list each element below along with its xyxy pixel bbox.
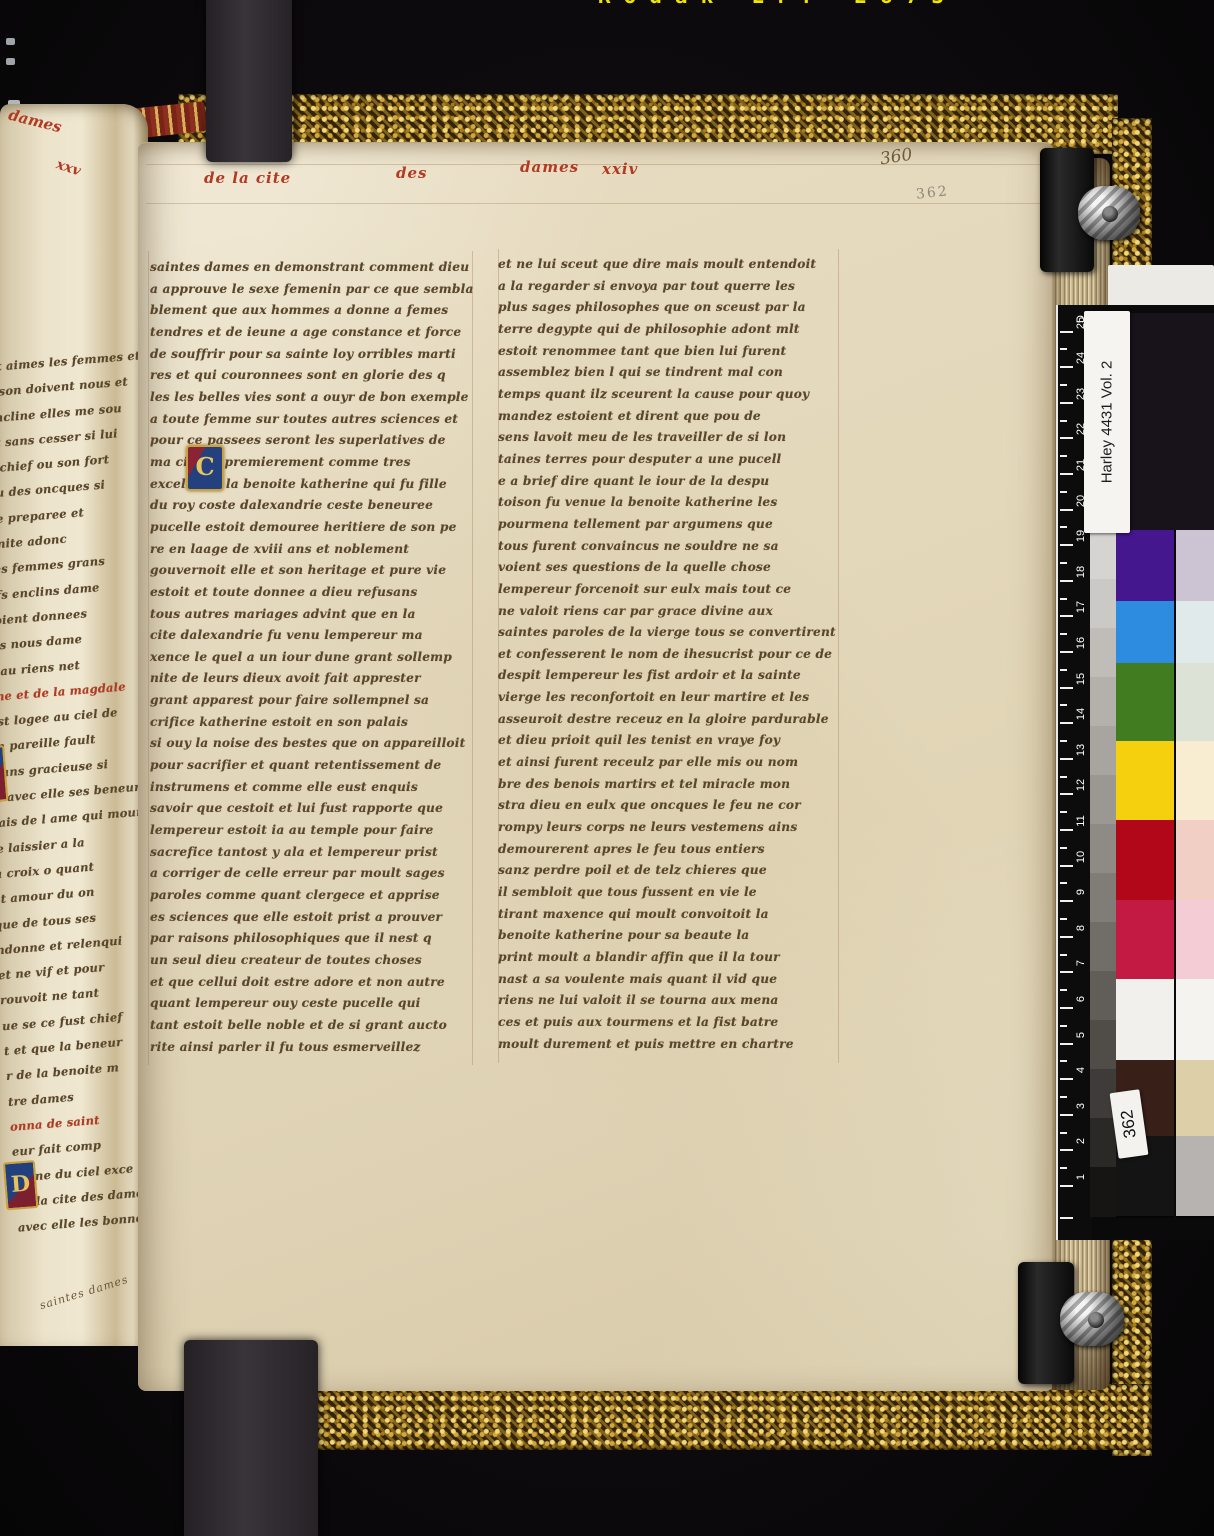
ruler-tick <box>1060 331 1073 333</box>
folio-number-pencil: 362 <box>915 183 949 202</box>
manuscript-text-line: assemblez bien l qui se tindrent mal con <box>498 362 838 384</box>
manuscript-text-line: paroles comme quant clergece et apprise <box>150 885 472 907</box>
ruler-tick <box>1060 1078 1073 1080</box>
manuscript-text-line: par raisons philosophiques que il nest q <box>150 928 472 950</box>
ruler-tick <box>1060 829 1073 831</box>
ruler-tick <box>1060 402 1073 404</box>
grayscale-step <box>1090 971 1116 1021</box>
color-patch-red <box>1116 820 1174 902</box>
manuscript-text-line: nite de leurs dieux avoit fait apprester <box>150 668 472 690</box>
grayscale-step <box>1090 873 1116 923</box>
ruler-tick <box>1060 740 1067 742</box>
grayscale-step <box>1090 824 1116 874</box>
ruler-tick <box>1060 420 1067 422</box>
binding-gold-border-bottom <box>252 1384 1152 1450</box>
ruler-number: 12 <box>1075 776 1087 794</box>
grayscale-step <box>1090 628 1116 678</box>
grayscale-step <box>1090 1020 1116 1070</box>
ruler-number: 15 <box>1075 670 1087 688</box>
grayscale-step <box>1090 726 1116 776</box>
manuscript-text-line: et dieu prioit quil les tenist en vraye … <box>498 730 838 752</box>
left-running-title: dames <box>7 106 64 137</box>
running-title-numeral: xxiv <box>602 160 638 178</box>
grayscale-step <box>1090 922 1116 972</box>
color-patch-pale-brown <box>1176 1060 1214 1138</box>
manuscript-text-line: il sembloit que tous fussent en vie le <box>498 882 838 904</box>
color-patch-pale-blue <box>1176 601 1214 665</box>
ruler-tick <box>1060 651 1073 653</box>
ruler-tick <box>1060 1007 1073 1009</box>
ruler-tick <box>1060 1114 1073 1116</box>
ruler-tick <box>1060 1025 1067 1027</box>
ruler-number: 8 <box>1075 919 1087 937</box>
grayscale-step <box>1090 579 1116 629</box>
manuscript-text-line: vierge les reconfortoit en leur martire … <box>498 687 838 709</box>
manuscript-text-line: res et qui couronnees sont en glorie des… <box>150 365 472 387</box>
manuscript-text-line: blement que aux hommes a donne a femes <box>150 300 472 322</box>
ruler-number: 1 <box>1075 1168 1087 1186</box>
grayscale-step <box>1090 530 1116 580</box>
color-patch-pale-red <box>1176 820 1214 902</box>
ruler-tick <box>1060 562 1067 564</box>
ruler-number: 2 <box>1075 1132 1087 1150</box>
illuminated-initial: C <box>186 445 224 491</box>
facing-page-edge: dames xxv ames et aimes les femmes et au… <box>0 104 148 1346</box>
ruler-tick <box>1060 882 1067 884</box>
manuscript-text-line: nast a sa voulente mais quant il vid que <box>498 969 838 991</box>
ruler-tick <box>1060 687 1073 689</box>
color-patch-violet <box>1116 530 1174 603</box>
manuscript-text-line: es sciences que elle estoit prist a prou… <box>150 907 472 929</box>
ruler-tick <box>1060 509 1073 511</box>
manuscript-text-line: taines terres pour desputer a une pucell <box>498 449 838 471</box>
ruling-line <box>148 251 149 1065</box>
shelfmark-label: Harley 4431 Vol. 2 <box>1084 311 1130 533</box>
manuscript-text-line: sanz perdre poil et de telz chieres que <box>498 860 838 882</box>
manuscript-text-line: plus sages philosophes que on sceust par… <box>498 297 838 319</box>
manuscript-text-line: estoit renommee tant que bien lui furent <box>498 341 838 363</box>
velvet-strap-top <box>206 0 292 162</box>
ruler-tick <box>1060 847 1067 849</box>
ruler-tick <box>1060 989 1067 991</box>
ruler-number: 11 <box>1075 812 1087 830</box>
ruler-number: 14 <box>1075 705 1087 723</box>
manuscript-text-line: terre degypte qui de philosophie adont m… <box>498 319 838 341</box>
ruler-tick <box>1060 384 1067 386</box>
ruler-number: 3 <box>1075 1097 1087 1115</box>
ruler-tick <box>1060 793 1073 795</box>
ruler-tick <box>1060 1096 1067 1098</box>
text-column-2: et ne lui sceut que dire mais moult ente… <box>498 254 838 1055</box>
manuscript-text-line: bre des benois martirs et tel miracle mo… <box>498 774 838 796</box>
manuscript-text-line: un seul dieu createur de toutes choses <box>150 950 472 972</box>
color-patch-pale-yellow <box>1176 741 1214 822</box>
ruler-tick <box>1060 491 1067 493</box>
color-patch-pale-green <box>1176 663 1214 743</box>
ruler-tick <box>1060 633 1067 635</box>
manuscript-text-line: print moult a blandir affin que il la to… <box>498 947 838 969</box>
ruler-tick <box>1060 669 1067 671</box>
manuscript-text-line: cite dalexandrie fu venu lempereur ma <box>150 625 472 647</box>
ruler-tick <box>1060 722 1073 724</box>
color-patch-magenta <box>1116 900 1174 981</box>
running-title-center: des <box>396 164 427 182</box>
manuscript-text-line: de souffrir pour sa sainte loy orribles … <box>150 344 472 366</box>
grayscale-step <box>1090 1118 1116 1168</box>
ruler-tick <box>1060 704 1067 706</box>
manuscript-text-line: despit lempereur les fist ardoir et la s… <box>498 665 838 687</box>
manuscript-text-line: crifice katherine estoit en son palais <box>150 712 472 734</box>
manuscript-text-line: re en laage de xviii ans et noblement <box>150 539 472 561</box>
color-patch-pale-violet <box>1176 530 1214 603</box>
manuscript-text-line: et confesserent le nom de ihesucrist pou… <box>498 644 838 666</box>
film-sprocket-mark <box>6 58 15 65</box>
ruler-tick <box>1060 580 1073 582</box>
manuscript-text-line: lempereur estoit ia au temple pour faire <box>150 820 472 842</box>
ruler-tick <box>1060 348 1067 350</box>
ruler-number: 6 <box>1075 990 1087 1008</box>
illuminated-initial: D <box>3 1160 39 1210</box>
manuscript-text-line: et ainsi furent receulz par elle mis ou … <box>498 752 838 774</box>
manuscript-text-line: voient ses questions de la quelle chose <box>498 557 838 579</box>
manuscript-text-line: ne valoit riens car par grace divine aux <box>498 601 838 623</box>
ruler-tick <box>1060 1167 1067 1169</box>
ruler-tick <box>1060 971 1073 973</box>
ruler-number: 18 <box>1075 563 1087 581</box>
manuscript-text-line: stra dieu en eulx que oncques le feu ne … <box>498 795 838 817</box>
color-patch-pale-white <box>1176 979 1214 1062</box>
ruler-number: 10 <box>1075 848 1087 866</box>
manuscript-text-line: a la regarder si envoya par tout querre … <box>498 276 838 298</box>
clamp-screw <box>1088 1312 1104 1328</box>
ruler-tick <box>1060 758 1073 760</box>
ruler-tick <box>1060 366 1073 368</box>
manuscript-text-line: rompy leurs corps ne leurs vestemens ain… <box>498 817 838 839</box>
manuscript-text-line: saintes paroles de la vierge tous se con… <box>498 622 838 644</box>
grayscale-step <box>1090 1167 1116 1217</box>
manuscript-text-line: du roy coste dalexandrie ceste beneuree <box>150 495 472 517</box>
manuscript-text-line: sens lavoit meu de les traveiller de si … <box>498 427 838 449</box>
ruler-number: 17 <box>1075 598 1087 616</box>
ruler-tick <box>1060 1132 1067 1134</box>
clamp-screw <box>1102 206 1118 222</box>
manuscript-text-line: pour sacrifier et quant retentissement d… <box>150 755 472 777</box>
text-column-1: saintes dames en demonstrant comment die… <box>150 257 472 1058</box>
ruler-tick <box>1060 918 1067 920</box>
manuscript-text-line: tirant maxence qui moult convoitoit la <box>498 904 838 926</box>
manuscript-page: de la cite des dames xxiv 360 362 sainte… <box>138 142 1054 1391</box>
left-running-numeral: xxv <box>54 157 83 180</box>
color-patch-green <box>1116 663 1174 743</box>
ruler-tick <box>1060 811 1067 813</box>
manuscript-text-line: tendres et de ieune a age constance et f… <box>150 322 472 344</box>
ruler-tick <box>1060 865 1073 867</box>
manuscript-text-line: tous autres mariages advint que en la <box>150 604 472 626</box>
ruler-number: 7 <box>1075 954 1087 972</box>
ruler-tick <box>1060 526 1067 528</box>
ruling-line <box>472 251 473 1065</box>
manuscript-text-line: moult durement et puis mettre en chartre <box>498 1034 838 1056</box>
calibration-card-edge <box>1108 265 1214 305</box>
manuscript-text-line: temps quant ilz sceurent la cause pour q… <box>498 384 838 406</box>
color-patch-white <box>1116 979 1174 1062</box>
ruler-tick <box>1060 1043 1073 1045</box>
manuscript-text-line: si ouy la noise des bestes que on appare… <box>150 733 472 755</box>
ruler-tick <box>1060 455 1067 457</box>
ruler-tick <box>1060 598 1067 600</box>
manuscript-text-line: et que cellui doit estre adore et non au… <box>150 972 472 994</box>
manuscript-text-line: tant estoit belle noble et de si grant a… <box>150 1015 472 1037</box>
ruler-number: 9 <box>1075 883 1087 901</box>
ruler-tick <box>1060 1060 1067 1062</box>
manuscript-text-line: a approuve le sexe femenin par ce que se… <box>150 279 472 301</box>
manuscript-text-line: et ne lui sceut que dire mais moult ente… <box>498 254 838 276</box>
running-title-word: dames <box>520 158 579 176</box>
manuscript-text-line: gouvernoit elle et son heritage et pure … <box>150 560 472 582</box>
ruler-tick <box>1060 437 1073 439</box>
color-patch-blue <box>1116 601 1174 665</box>
ruler-tick <box>1060 1185 1073 1187</box>
film-sprocket-mark <box>6 38 15 45</box>
color-patch-pale-black-2 <box>1176 1136 1214 1218</box>
ruler-number: 16 <box>1075 634 1087 652</box>
manuscript-text-line: sacrefice tantost y ala et lempereur pri… <box>150 842 472 864</box>
ruling-line <box>838 249 839 1063</box>
manuscript-text-line: rite ainsi parler il fu tous esmerveille… <box>150 1037 472 1059</box>
manuscript-text-line: lempereur forcenoit sur eulx mais tout c… <box>498 579 838 601</box>
manuscript-text-line: estoit et toute donnee a dieu refusans <box>150 582 472 604</box>
manuscript-text-line: asseuroit destre receuz en la gloire par… <box>498 709 838 731</box>
film-edge-text: Kodak EPP 2873 <box>598 0 957 10</box>
manuscript-photo-backdrop: Kodak EPP 2873 dames xxv ames et aimes l… <box>0 0 1214 1536</box>
running-title-left: de la cite <box>204 169 291 187</box>
ruler-tick <box>1060 936 1073 938</box>
manuscript-text-line: grant apparest pour faire sollempnel sa <box>150 690 472 712</box>
ruling-line <box>146 203 1046 204</box>
manuscript-text-line: instrumens et comme elle eust enquis <box>150 777 472 799</box>
ruler-tick <box>1060 615 1073 617</box>
manuscript-text-line: mandez estoient et dirent que pou de <box>498 406 838 428</box>
ruler-tick <box>1060 776 1067 778</box>
manuscript-text-line: e a brief dire quant le iour de la despu <box>498 471 838 493</box>
ruler-number: 4 <box>1075 1061 1087 1079</box>
manuscript-text-line: riens ne lui valoit il se tourna aux men… <box>498 990 838 1012</box>
ruler-tick <box>1060 473 1073 475</box>
color-patch-yellow <box>1116 741 1174 822</box>
manuscript-text-line: xence le quel a un iour dune grant solle… <box>150 647 472 669</box>
catchword: saintes dames <box>38 1273 130 1312</box>
manuscript-text-line: toison fu venue la benoite katherine les <box>498 492 838 514</box>
color-patch-pale-magenta <box>1176 900 1214 981</box>
ruler-number: 13 <box>1075 741 1087 759</box>
ruler-tick <box>1060 900 1073 902</box>
grayscale-step <box>1090 775 1116 825</box>
manuscript-text-line: a corriger de celle erreur par moult sag… <box>150 863 472 885</box>
ruler-tick <box>1060 1217 1073 1219</box>
manuscript-text-line: benoite katherine pour sa beaute la <box>498 925 838 947</box>
ruler-tick <box>1060 954 1067 956</box>
grayscale-step <box>1090 677 1116 727</box>
ruler-number: 5 <box>1075 1026 1087 1044</box>
manuscript-text-line: quant lempereur ouy ceste pucelle qui <box>150 993 472 1015</box>
ruler-tick <box>1060 544 1073 546</box>
color-calibration-bar: 1234567891011121314151617181920212223242… <box>1056 305 1214 1240</box>
folio-number-ink: 360 <box>879 145 914 170</box>
manuscript-text-line: tous furent convaincus ne souldre ne sa <box>498 536 838 558</box>
manuscript-text-line: pourmena tellement par argumens que <box>498 514 838 536</box>
manuscript-text-line: les les belles vies sont a ouyr de bon e… <box>150 387 472 409</box>
color-patch-black <box>1116 313 1214 532</box>
manuscript-text-line: demourerent apres le feu tous entiers <box>498 839 838 861</box>
manuscript-text-line: savoir que cestoit et lui fust rapporte … <box>150 798 472 820</box>
manuscript-text-line: pucelle estoit demouree heritiere de son… <box>150 517 472 539</box>
manuscript-text-line: a toute femme sur toutes autres sciences… <box>150 409 472 431</box>
manuscript-text-line: ces et puis aux tourmens et la fist batr… <box>498 1012 838 1034</box>
manuscript-text-line: saintes dames en demonstrant comment die… <box>150 257 472 279</box>
ruler-tick <box>1060 1149 1073 1151</box>
velvet-strap-bottom <box>184 1340 318 1536</box>
